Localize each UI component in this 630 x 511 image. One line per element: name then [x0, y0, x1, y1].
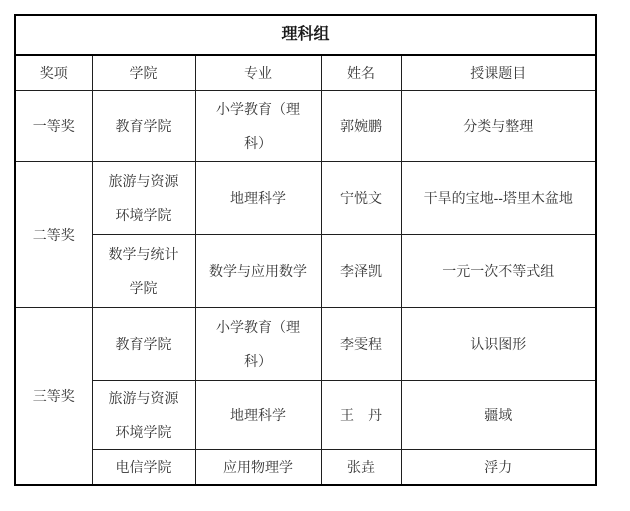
award-cell-first-prize: 一等奖 [15, 91, 92, 162]
name-cell: 宁悦文 [321, 162, 401, 235]
topic-cell: 分类与整理 [401, 91, 596, 162]
major-cell: 小学教育（理科） [195, 308, 321, 381]
topic-cell: 一元一次不等式组 [401, 235, 596, 308]
major-cell: 数学与应用数学 [195, 235, 321, 308]
major-cell: 地理科学 [195, 162, 321, 235]
name-cell: 李雯程 [321, 308, 401, 381]
college-cell: 电信学院 [92, 450, 195, 486]
topic-cell: 干旱的宝地--塔里木盆地 [401, 162, 596, 235]
major-cell: 地理科学 [195, 381, 321, 450]
table-row: 三等奖 教育学院 小学教育（理科） 李雯程 认识图形 [15, 308, 596, 381]
col-header-name: 姓名 [321, 55, 401, 91]
topic-cell: 认识图形 [401, 308, 596, 381]
college-cell: 旅游与资源环境学院 [92, 381, 195, 450]
table-row: 一等奖 教育学院 小学教育（理科） 郭婉鹏 分类与整理 [15, 91, 596, 162]
table-row: 旅游与资源环境学院 地理科学 王 丹 疆域 [15, 381, 596, 450]
table-row: 电信学院 应用物理学 张垚 浮力 [15, 450, 596, 486]
col-header-college: 学院 [92, 55, 195, 91]
document-page: 理科组 奖项 学院 专业 姓名 授课题目 一等奖 教育学院 小学教育（理科） 郭… [0, 0, 630, 511]
college-cell: 数学与统计学院 [92, 235, 195, 308]
col-header-major: 专业 [195, 55, 321, 91]
major-cell: 小学教育（理科） [195, 91, 321, 162]
col-header-award: 奖项 [15, 55, 92, 91]
major-cell: 应用物理学 [195, 450, 321, 486]
award-cell-third-prize: 三等奖 [15, 308, 92, 486]
name-cell: 王 丹 [321, 381, 401, 450]
topic-cell: 疆域 [401, 381, 596, 450]
college-cell: 教育学院 [92, 91, 195, 162]
college-cell: 教育学院 [92, 308, 195, 381]
award-table: 理科组 奖项 学院 专业 姓名 授课题目 一等奖 教育学院 小学教育（理科） 郭… [14, 14, 597, 486]
col-header-topic: 授课题目 [401, 55, 596, 91]
award-cell-second-prize: 二等奖 [15, 162, 92, 308]
table-title-row: 理科组 [15, 15, 596, 55]
table-header-row: 奖项 学院 专业 姓名 授课题目 [15, 55, 596, 91]
name-cell: 郭婉鹏 [321, 91, 401, 162]
table-row: 二等奖 旅游与资源环境学院 地理科学 宁悦文 干旱的宝地--塔里木盆地 [15, 162, 596, 235]
table-title: 理科组 [15, 15, 596, 55]
topic-cell: 浮力 [401, 450, 596, 486]
table-row: 数学与统计学院 数学与应用数学 李泽凯 一元一次不等式组 [15, 235, 596, 308]
name-cell: 张垚 [321, 450, 401, 486]
college-cell: 旅游与资源环境学院 [92, 162, 195, 235]
name-cell: 李泽凯 [321, 235, 401, 308]
